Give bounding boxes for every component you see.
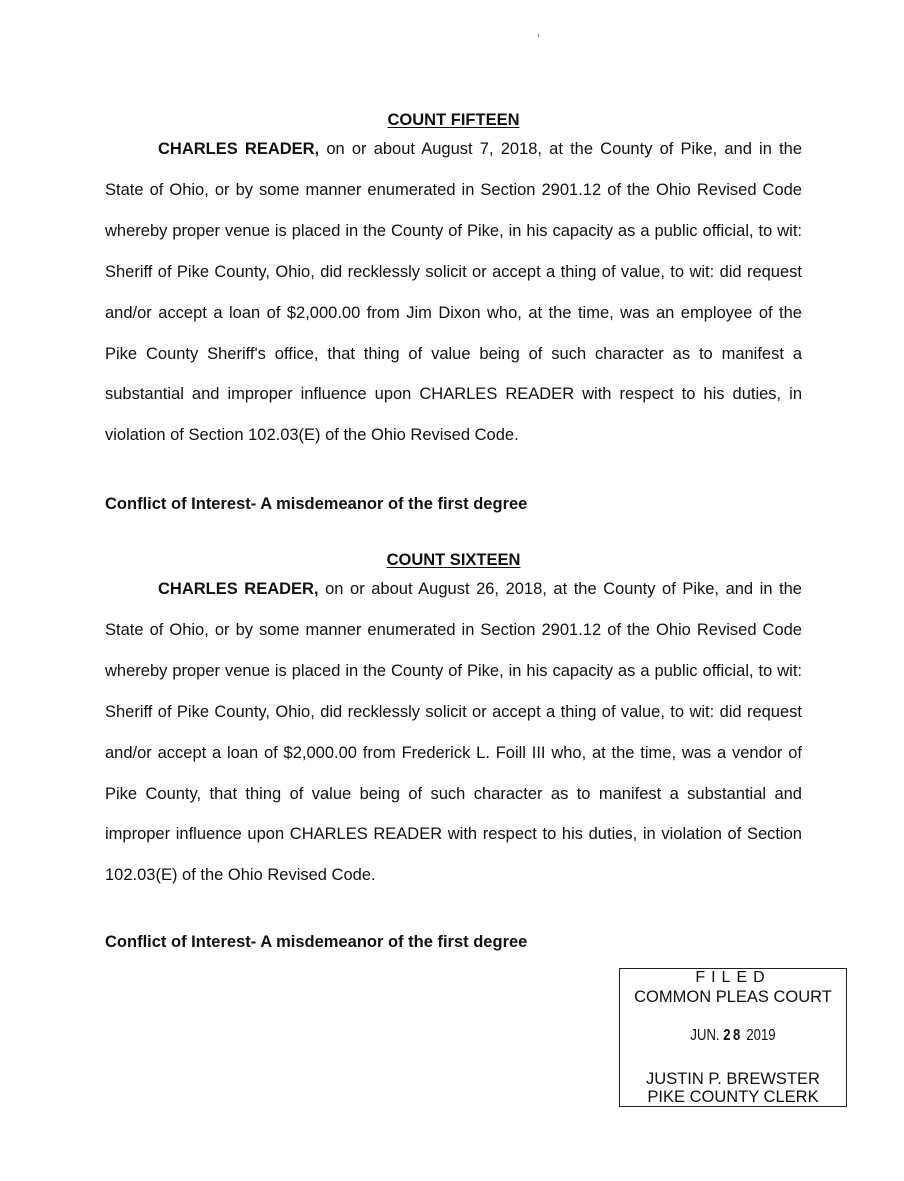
scan-speck bbox=[538, 34, 539, 37]
stamp-clerk-title: PIKE COUNTY CLERK bbox=[620, 1088, 846, 1106]
count-fifteen-text: on or about August 7, 2018, at the Count… bbox=[105, 140, 802, 444]
defendant-name: CHARLES READER, bbox=[158, 140, 319, 158]
stamp-date-day: 28 bbox=[723, 1027, 743, 1044]
count-sixteen-body: CHARLES READER, on or about August 26, 2… bbox=[105, 569, 802, 896]
stamp-court-name: COMMON PLEAS COURT bbox=[620, 988, 846, 1006]
stamp-date: JUN. 28 2019 bbox=[640, 1027, 825, 1045]
stamp-clerk-name: JUSTIN P. BREWSTER bbox=[620, 1070, 846, 1088]
count-sixteen-charge: Conflict of Interest- A misdemeanor of t… bbox=[105, 933, 527, 952]
count-fifteen-heading: COUNT FIFTEEN bbox=[105, 111, 802, 130]
stamp-filed-label: FILED bbox=[620, 970, 846, 986]
count-sixteen-heading: COUNT SIXTEEN bbox=[105, 551, 802, 570]
count-fifteen-body: CHARLES READER, on or about August 7, 20… bbox=[105, 129, 802, 456]
stamp-date-month: JUN. bbox=[690, 1027, 719, 1044]
stamp-date-year: 2019 bbox=[746, 1027, 775, 1044]
filed-stamp: FILED COMMON PLEAS COURT JUN. 28 2019 JU… bbox=[619, 968, 847, 1107]
defendant-name: CHARLES READER, bbox=[158, 580, 319, 598]
count-sixteen-text: on or about August 26, 2018, at the Coun… bbox=[105, 580, 802, 884]
count-fifteen-charge: Conflict of Interest- A misdemeanor of t… bbox=[105, 495, 527, 514]
